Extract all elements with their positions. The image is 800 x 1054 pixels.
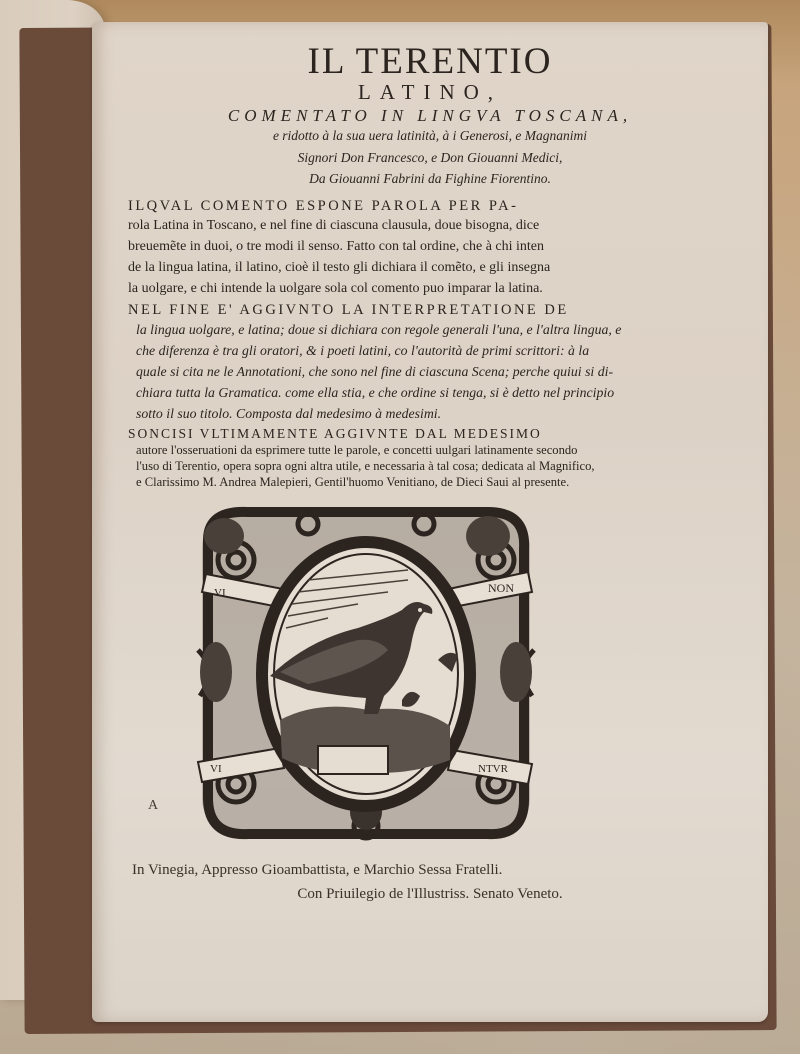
paragraph-comento: ILQVAL COMENTO ESPONE PAROLA PER PA- rol…: [128, 198, 738, 299]
imprint-line-1: In Vinegia, Appresso Gioambattista, e Ma…: [132, 862, 502, 879]
paragraph-line: l'uso di Terentio, opera sopra ogni altr…: [128, 458, 738, 474]
paragraph-heading: ILQVAL COMENTO ESPONE PAROLA PER PA-: [128, 198, 738, 215]
paragraph-line: de la lingua latina, il latino, cioè il …: [128, 257, 738, 278]
book-title: IL TERENTIO: [92, 40, 768, 83]
paragraph-line: la uolgare, e chi intende la uolgare sol…: [128, 278, 738, 299]
paragraph-line: rola Latina in Toscano, e nel fine di ci…: [128, 215, 738, 236]
title-page: IL TERENTIO LATINO, COMENTATO IN LINGVA …: [92, 22, 768, 1022]
book-subtitle: LATINO,: [92, 80, 768, 105]
dedication-line-3: Da Giouanni Fabrini da Fighine Fiorentin…: [92, 171, 768, 187]
dedication-line-1: e ridotto à la sua uera latinità, à i Ge…: [92, 128, 768, 144]
motto-fragment: VI: [210, 763, 222, 775]
motto-fragment: VI: [214, 587, 226, 599]
signature-mark: A: [148, 798, 158, 814]
paragraph-line: e Clarissimo M. Andrea Malepieri, Gentil…: [128, 474, 738, 490]
imprint-line-2: Con Priuilegio de l'Illustriss. Senato V…: [92, 886, 768, 903]
paragraph-line: chiara tutta la Gramatica. come ella sti…: [128, 382, 738, 403]
printer-device-woodcut: VI NON VI NTVR: [188, 500, 544, 846]
paragraph-interpretatione: NEL FINE E' AGGIVNTO LA INTERPRETATIONE …: [128, 302, 738, 424]
dedication-line-2: Signori Don Francesco, e Don Giouanni Me…: [92, 150, 768, 166]
paragraph-line: breuemẽte in duoi, o tre modi il senso. …: [128, 236, 738, 257]
paragraph-line: che diferenza è tra gli oratori, & i poe…: [128, 340, 738, 361]
paragraph-heading: SONCISI VLTIMAMENTE AGGIVNTE DAL MEDESIM…: [128, 426, 738, 442]
paragraph-heading: NEL FINE E' AGGIVNTO LA INTERPRETATIONE …: [128, 302, 738, 319]
paragraph-line: quale si cita ne le Annotationi, che son…: [128, 361, 738, 382]
paragraph-line: sotto il suo titolo. Composta dal medesi…: [128, 403, 738, 424]
paragraph-line: autore l'osseruationi da esprimere tutte…: [128, 442, 738, 458]
comentato-line: COMENTATO IN LINGVA TOSCANA,: [92, 106, 768, 126]
paragraph-osseruationi: SONCISI VLTIMAMENTE AGGIVNTE DAL MEDESIM…: [128, 426, 738, 490]
motto-fragment: NON: [488, 581, 514, 595]
motto-fragment: NTVR: [478, 763, 509, 775]
paragraph-line: la lingua uolgare, e latina; doue si dic…: [128, 319, 738, 340]
